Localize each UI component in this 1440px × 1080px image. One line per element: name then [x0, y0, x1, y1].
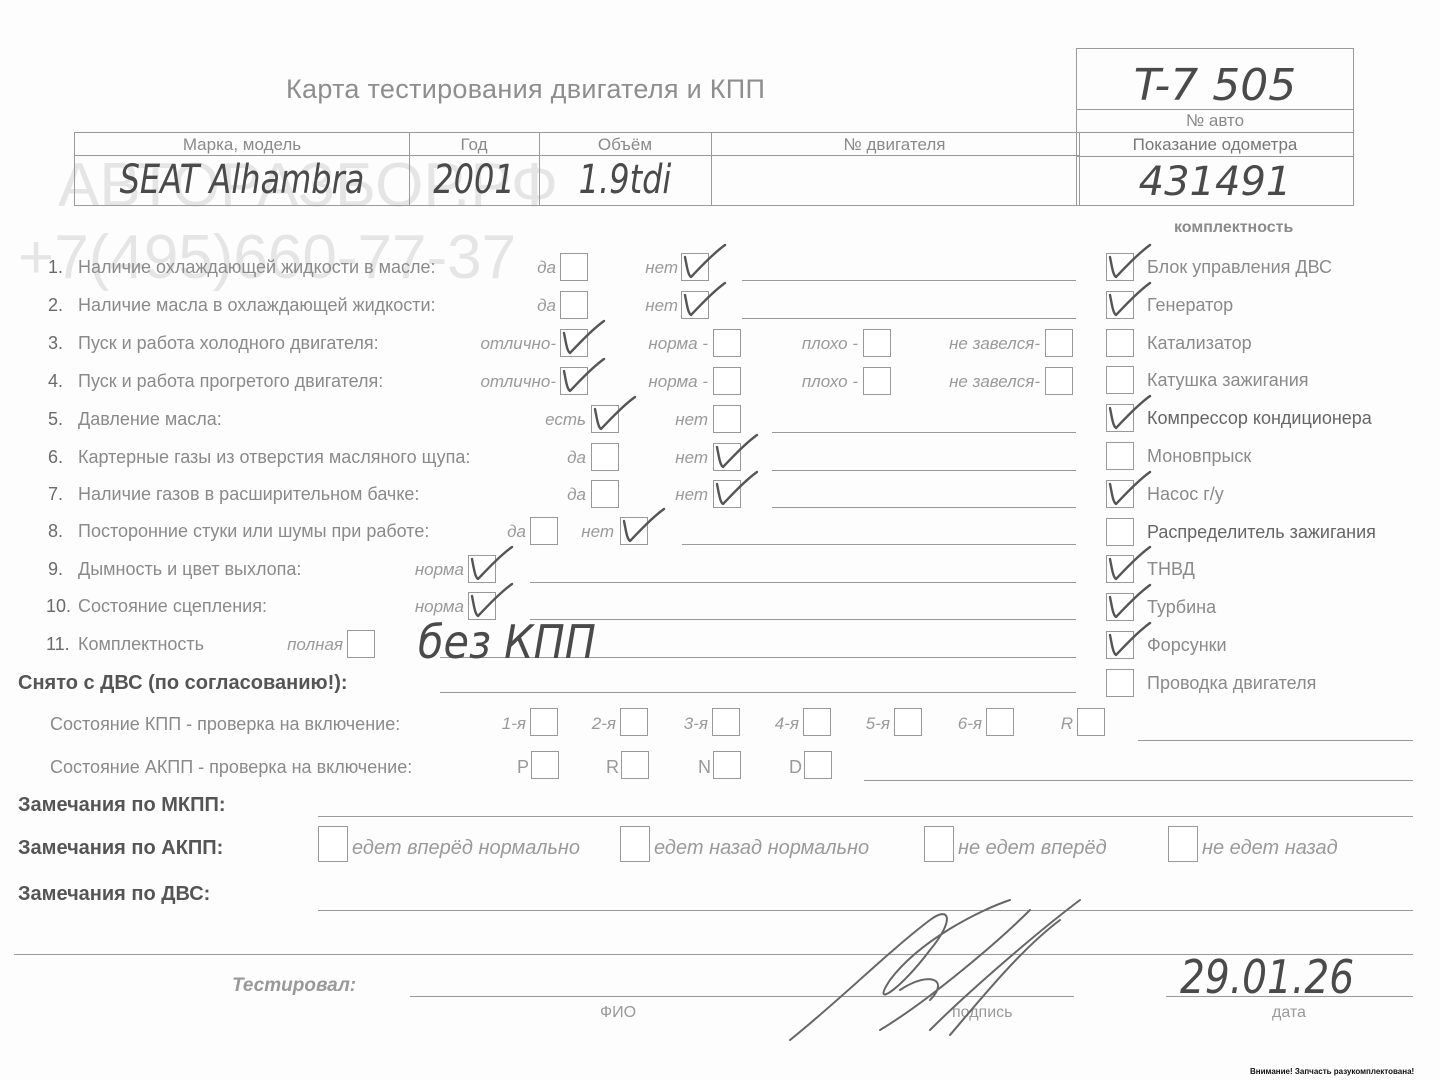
- option-checkbox[interactable]: [863, 329, 891, 357]
- option-label: отлично-: [480, 334, 556, 354]
- option-checkbox[interactable]: [468, 555, 496, 583]
- completeness-checkbox[interactable]: [1106, 291, 1134, 319]
- option-checkbox[interactable]: [347, 630, 375, 658]
- question-note-line[interactable]: [742, 318, 1076, 319]
- akpp-gear-label: P: [517, 757, 529, 778]
- option-label: не завелся-: [949, 334, 1040, 354]
- option-label: плохо -: [802, 334, 858, 354]
- fio-label: ФИО: [600, 1004, 636, 1022]
- option-label: норма -: [648, 372, 708, 392]
- completeness-item-label: Компрессор кондиционера: [1147, 408, 1372, 429]
- question-note-line[interactable]: [682, 544, 1076, 545]
- make-model-value[interactable]: SEAT Alhambra: [108, 155, 375, 205]
- option-checkbox[interactable]: [560, 367, 588, 395]
- gear-checkbox[interactable]: [986, 708, 1014, 736]
- gear-label: 5-я: [866, 714, 890, 734]
- completeness-item-label: Турбина: [1147, 597, 1216, 618]
- removed-line[interactable]: [440, 692, 1076, 693]
- akpp-remark-line[interactable]: [864, 780, 1413, 781]
- completeness-checkbox[interactable]: [1106, 404, 1134, 432]
- volume-cell: Объём 1.9tdi: [539, 133, 712, 205]
- question-number: 1.: [48, 257, 63, 278]
- make-model-cell: Марка, модель SEAT Alhambra: [75, 133, 410, 205]
- option-label: нет: [675, 448, 708, 468]
- option-checkbox[interactable]: [713, 480, 741, 508]
- gear-label: 2-я: [592, 714, 616, 734]
- question-label: Наличие масла в охлаждающей жидкости:: [78, 295, 436, 316]
- option-label: норма -: [648, 334, 708, 354]
- completeness-checkbox[interactable]: [1106, 366, 1134, 394]
- volume-value[interactable]: 1.9tdi: [556, 155, 694, 205]
- question-label: Комплектность: [78, 634, 204, 655]
- vehicle-info-table: Марка, модель SEAT Alhambra Год 2001 Объ…: [74, 132, 1080, 206]
- option-checkbox[interactable]: [591, 405, 619, 433]
- question-note[interactable]: без КПП: [418, 615, 596, 669]
- completeness-checkbox[interactable]: [1106, 593, 1134, 621]
- akpp-remark-checkbox[interactable]: [620, 826, 650, 862]
- engine-number-cell: № двигателя: [711, 133, 1078, 205]
- date-value[interactable]: 29.01.26: [1180, 950, 1354, 1004]
- completeness-item-label: Генератор: [1147, 295, 1233, 316]
- option-checkbox[interactable]: [560, 291, 588, 319]
- akpp-gear-checkbox[interactable]: [531, 751, 559, 779]
- akpp-gear-checkbox[interactable]: [621, 751, 649, 779]
- tested-by-label: Тестировал:: [232, 975, 356, 997]
- option-checkbox[interactable]: [1045, 329, 1073, 357]
- question-number: 9.: [48, 559, 63, 580]
- gear-label: 4-я: [775, 714, 799, 734]
- option-label: нет: [645, 296, 678, 316]
- gear-checkbox[interactable]: [620, 708, 648, 736]
- gear-label: R: [1061, 714, 1073, 734]
- question-note-line[interactable]: [772, 432, 1076, 433]
- car-number-label: № авто: [1077, 111, 1353, 131]
- footer-warning: Внимание! Запчасть разукомплектована!: [1250, 1067, 1414, 1076]
- akpp-gear-label: R: [606, 757, 619, 778]
- akpp-gear-label: D: [789, 757, 802, 778]
- option-label: да: [507, 522, 526, 542]
- gear-label: 1-я: [502, 714, 526, 734]
- option-checkbox[interactable]: [560, 253, 588, 281]
- option-label: нет: [675, 485, 708, 505]
- gear-checkbox[interactable]: [1077, 708, 1105, 736]
- akpp-remark-checkbox[interactable]: [924, 826, 954, 862]
- option-label: нет: [675, 410, 708, 430]
- question-note-line[interactable]: [530, 582, 1076, 583]
- completeness-heading: комплектность: [1174, 219, 1293, 237]
- question-note-line[interactable]: [772, 470, 1076, 471]
- option-checkbox[interactable]: [530, 517, 558, 545]
- gear-checkbox[interactable]: [712, 708, 740, 736]
- option-label: полная: [287, 635, 343, 655]
- option-label: норма: [415, 560, 464, 580]
- option-checkbox[interactable]: [620, 517, 648, 545]
- gear-checkbox[interactable]: [803, 708, 831, 736]
- question-number: 4.: [48, 371, 63, 392]
- akpp-remark-label: не едет назад: [1202, 837, 1338, 860]
- gear-checkbox[interactable]: [894, 708, 922, 736]
- option-checkbox[interactable]: [1045, 367, 1073, 395]
- remarks-akpp-label: Замечания по АКПП:: [18, 837, 223, 860]
- odometer-label: Показание одометра: [1077, 135, 1353, 155]
- gear-label: 3-я: [684, 714, 708, 734]
- completeness-item-label: Форсунки: [1147, 635, 1227, 656]
- question-number: 8.: [48, 521, 63, 542]
- make-model-label: Марка, модель: [75, 135, 409, 155]
- question-label: Состояние сцепления:: [78, 596, 267, 617]
- akpp-gear-checkbox[interactable]: [804, 751, 832, 779]
- volume-label: Объём: [539, 135, 711, 155]
- question-number: 7.: [48, 484, 63, 505]
- completeness-item-label: ТНВД: [1147, 559, 1195, 580]
- completeness-item-label: Насос г/у: [1147, 484, 1224, 505]
- completeness-item-label: Распределитель зажигания: [1147, 522, 1376, 543]
- completeness-checkbox[interactable]: [1106, 518, 1134, 546]
- completeness-item-label: Блок управления ДВС: [1147, 257, 1332, 278]
- option-label: да: [567, 448, 586, 468]
- option-label: есть: [545, 410, 586, 430]
- question-number: 5.: [48, 409, 63, 430]
- completeness-checkbox[interactable]: [1106, 329, 1134, 357]
- document-title: Карта тестирования двигателя и КПП: [286, 74, 765, 105]
- option-checkbox[interactable]: [713, 443, 741, 471]
- option-checkbox[interactable]: [591, 443, 619, 471]
- akpp-gear-label: N: [698, 757, 711, 778]
- option-checkbox[interactable]: [713, 405, 741, 433]
- completeness-checkbox[interactable]: [1106, 442, 1134, 470]
- question-label: Пуск и работа прогретого двигателя:: [78, 371, 383, 392]
- option-label: плохо -: [802, 372, 858, 392]
- option-label: да: [537, 258, 556, 278]
- completeness-item-label: Проводка двигателя: [1147, 673, 1316, 694]
- akpp-remark-label: едет назад нормально: [654, 837, 869, 860]
- engine-number-label: № двигателя: [711, 135, 1078, 155]
- completeness-checkbox[interactable]: [1106, 555, 1134, 583]
- option-checkbox[interactable]: [713, 329, 741, 357]
- remarks-dvs-label: Замечания по ДВС:: [18, 883, 210, 906]
- akpp-remark-label: едет вперёд нормально: [352, 837, 580, 860]
- date-label: дата: [1272, 1004, 1306, 1022]
- gear-checkbox[interactable]: [530, 708, 558, 736]
- completeness-checkbox[interactable]: [1106, 631, 1134, 659]
- question-label: Дымность и цвет выхлопа:: [78, 559, 301, 580]
- completeness-checkbox[interactable]: [1106, 253, 1134, 281]
- akpp-remark-checkbox[interactable]: [1168, 826, 1198, 862]
- option-checkbox[interactable]: [591, 480, 619, 508]
- year-label: Год: [409, 135, 539, 155]
- option-label: норма: [415, 597, 464, 617]
- question-label: Наличие газов в расширительном бачке:: [78, 484, 419, 505]
- question-number: 2.: [48, 295, 63, 316]
- kpp-remark-line[interactable]: [1138, 740, 1413, 741]
- option-label: да: [537, 296, 556, 316]
- question-label: Посторонние стуки или шумы при работе:: [78, 521, 429, 542]
- option-label: нет: [581, 522, 614, 542]
- question-number: 3.: [48, 333, 63, 354]
- remarks-mkpp-label: Замечания по МКПП:: [18, 794, 226, 817]
- option-checkbox[interactable]: [863, 367, 891, 395]
- kpp-state-label: Состояние КПП - проверка на включение:: [50, 714, 400, 735]
- option-checkbox[interactable]: [560, 329, 588, 357]
- akpp-gear-checkbox[interactable]: [713, 751, 741, 779]
- completeness-item-label: Моновпрыск: [1147, 446, 1251, 467]
- car-info-box: T-7 505 № авто Показание одометра 431491: [1076, 48, 1354, 206]
- signature-icon: [780, 890, 1120, 1050]
- question-label: Картерные газы из отверстия масляного щу…: [78, 447, 470, 468]
- remarks-mkpp-line[interactable]: [318, 816, 1413, 817]
- completeness-item-label: Катализатор: [1147, 333, 1252, 354]
- question-number: 6.: [48, 447, 63, 468]
- option-label: не завелся-: [949, 372, 1040, 392]
- question-number: 10.: [46, 596, 71, 617]
- car-number-value[interactable]: T-7 505: [1077, 61, 1353, 111]
- akpp-state-label: Состояние АКПП - проверка на включение:: [50, 757, 412, 778]
- removed-label: Снято с ДВС (по согласованию!):: [18, 672, 348, 695]
- question-label: Пуск и работа холодного двигателя:: [78, 333, 379, 354]
- option-label: нет: [645, 258, 678, 278]
- option-label: да: [567, 485, 586, 505]
- gear-label: 6-я: [958, 714, 982, 734]
- akpp-remark-checkbox[interactable]: [318, 826, 348, 862]
- question-note-line[interactable]: [742, 280, 1076, 281]
- completeness-checkbox[interactable]: [1106, 480, 1134, 508]
- year-cell: Год 2001: [409, 133, 540, 205]
- question-number: 11.: [46, 634, 70, 655]
- completeness-checkbox[interactable]: [1106, 669, 1134, 697]
- question-note-line[interactable]: [772, 507, 1076, 508]
- option-checkbox[interactable]: [681, 253, 709, 281]
- year-value[interactable]: 2001: [422, 155, 526, 205]
- odometer-value[interactable]: 431491: [1077, 157, 1353, 207]
- option-checkbox[interactable]: [681, 291, 709, 319]
- question-note-line[interactable]: [530, 619, 1076, 620]
- question-label: Давление масла:: [78, 409, 222, 430]
- akpp-remark-label: не едет вперёд: [958, 837, 1107, 860]
- question-label: Наличие охлаждающей жидкости в масле:: [78, 257, 436, 278]
- option-label: отлично-: [480, 372, 556, 392]
- option-checkbox[interactable]: [713, 367, 741, 395]
- completeness-item-label: Катушка зажигания: [1147, 370, 1309, 391]
